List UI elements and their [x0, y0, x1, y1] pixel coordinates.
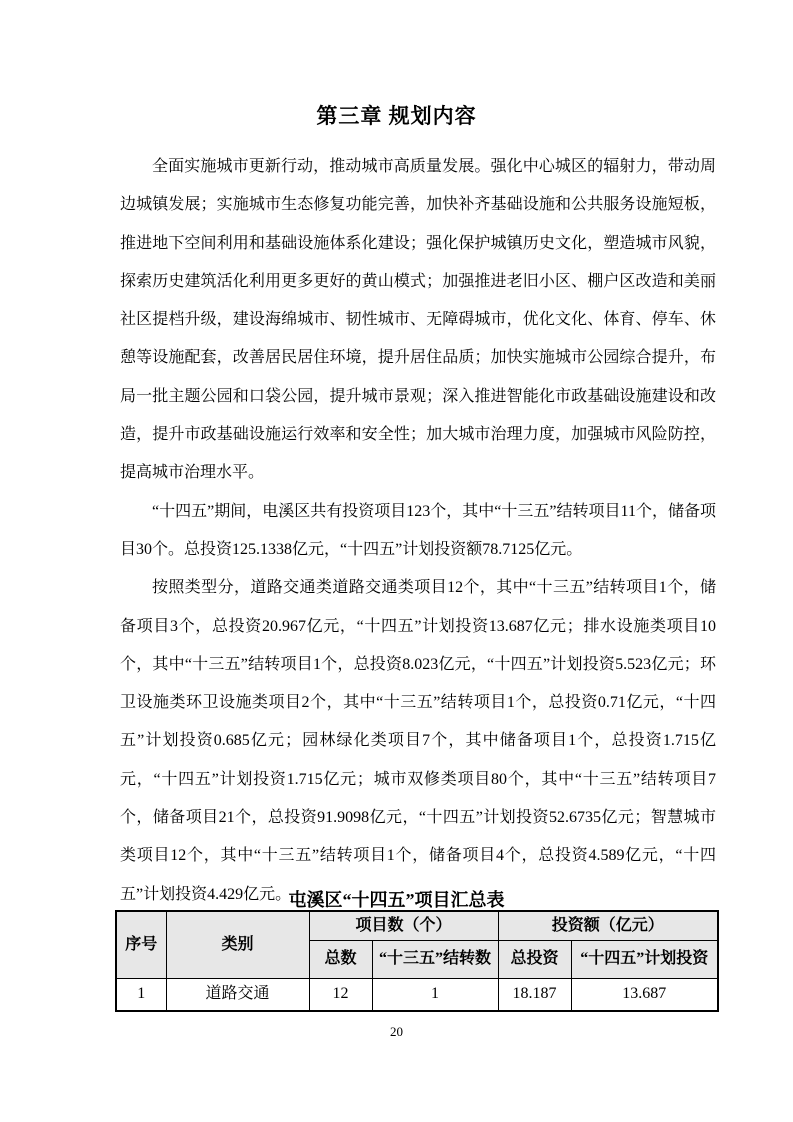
- cell-carryover: 1: [372, 978, 498, 1011]
- cell-index: 1: [116, 978, 166, 1011]
- header-planned-investment: “十四五”计划投资: [571, 940, 718, 978]
- project-summary-table: 序号 类别 项目数（个） 投资额（亿元） 总数 “十三五”结转数 总投资 “十四…: [115, 910, 719, 1012]
- table-row: 1 道路交通 12 1 18.187 13.687: [116, 978, 718, 1011]
- cell-total-count: 12: [309, 978, 372, 1011]
- cell-total-investment: 18.187: [498, 978, 571, 1011]
- paragraph-1: 全面实施城市更新行动，推动城市高质量发展。强化中心城区的辐射力，带动周边城镇发展…: [120, 148, 716, 493]
- header-investment-group: 投资额（亿元）: [498, 911, 718, 940]
- header-total-count: 总数: [309, 940, 372, 978]
- paragraph-3: 按照类型分，道路交通类道路交通类项目12个，其中“十三五”结转项目1个，储备项目…: [120, 569, 716, 914]
- page-number: 20: [0, 1024, 793, 1040]
- cell-planned-investment: 13.687: [571, 978, 718, 1011]
- document-page: 第三章 规划内容 全面实施城市更新行动，推动城市高质量发展。强化中心城区的辐射力…: [0, 0, 793, 1122]
- header-category: 类别: [166, 911, 309, 978]
- chapter-title: 第三章 规划内容: [0, 100, 793, 130]
- table-caption: 屯溪区“十四五”项目汇总表: [0, 886, 793, 912]
- header-index: 序号: [116, 911, 166, 978]
- header-total-investment: 总投资: [498, 940, 571, 978]
- header-carryover-count: “十三五”结转数: [372, 940, 498, 978]
- table-header-group-row: 序号 类别 项目数（个） 投资额（亿元）: [116, 911, 718, 940]
- header-project-count-group: 项目数（个）: [309, 911, 498, 940]
- body-text: 全面实施城市更新行动，推动城市高质量发展。强化中心城区的辐射力，带动周边城镇发展…: [120, 148, 716, 914]
- paragraph-2: “十四五”期间，电溪区共有投资项目123个，其中“十三五”结转项目11个，储备项…: [120, 493, 716, 570]
- cell-category: 道路交通: [166, 978, 309, 1011]
